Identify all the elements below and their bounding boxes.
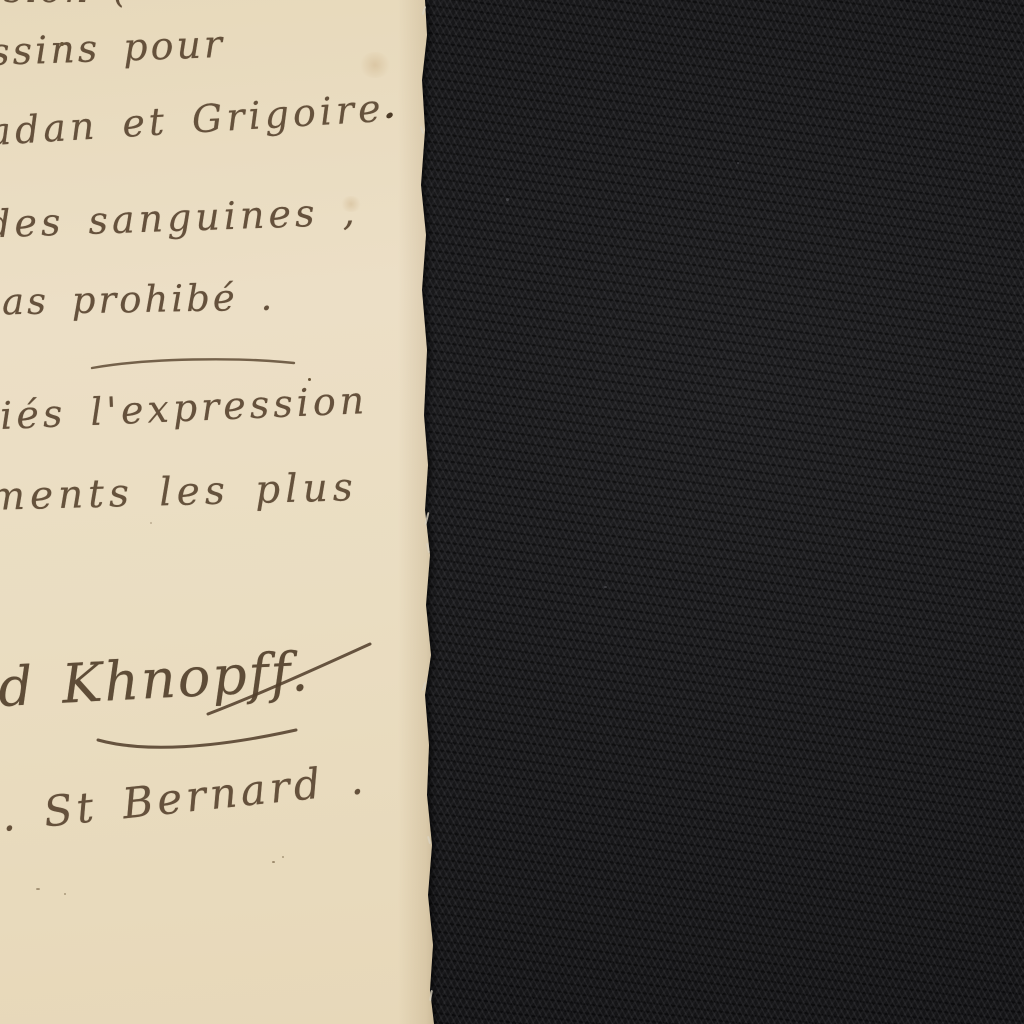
handwriting-line-top-clipped: sion ( [4,0,130,11]
ink-blot [385,112,393,119]
handwriting-line: ssins pour [0,22,226,74]
paper-stain [358,52,392,78]
ink-speck [60,42,64,46]
handwriting-line: adan et Grigoire [0,86,386,154]
signature-flourish-strokes [40,618,380,758]
paper-stain [340,196,362,212]
handwriting-line: as prohibé . [2,276,276,324]
ink-speck [272,861,275,863]
ink-divider-stroke [88,354,300,374]
ink-speck [64,893,66,895]
photograph-of-letter: sion ( ssins pour adan et Grigoire des s… [0,0,1024,1024]
manuscript-page-wrap: sion ( ssins pour adan et Grigoire des s… [0,0,440,1024]
handwriting-line: des sanguines , [0,190,359,247]
ink-speck [36,888,40,890]
handwriting-line: ments les plus [0,465,358,520]
fabric-lint-speck [506,198,509,201]
ink-speck [282,856,284,858]
handwriting-line: iés l'expression [0,378,369,438]
paper-speck [150,522,152,524]
fabric-lint-speck [737,162,739,164]
address-line-st-bernard: . St Bernard . [0,754,369,841]
manuscript-page: sion ( ssins pour adan et Grigoire des s… [0,0,440,1024]
ink-speck [308,378,311,381]
fabric-lint-speck [604,586,607,588]
